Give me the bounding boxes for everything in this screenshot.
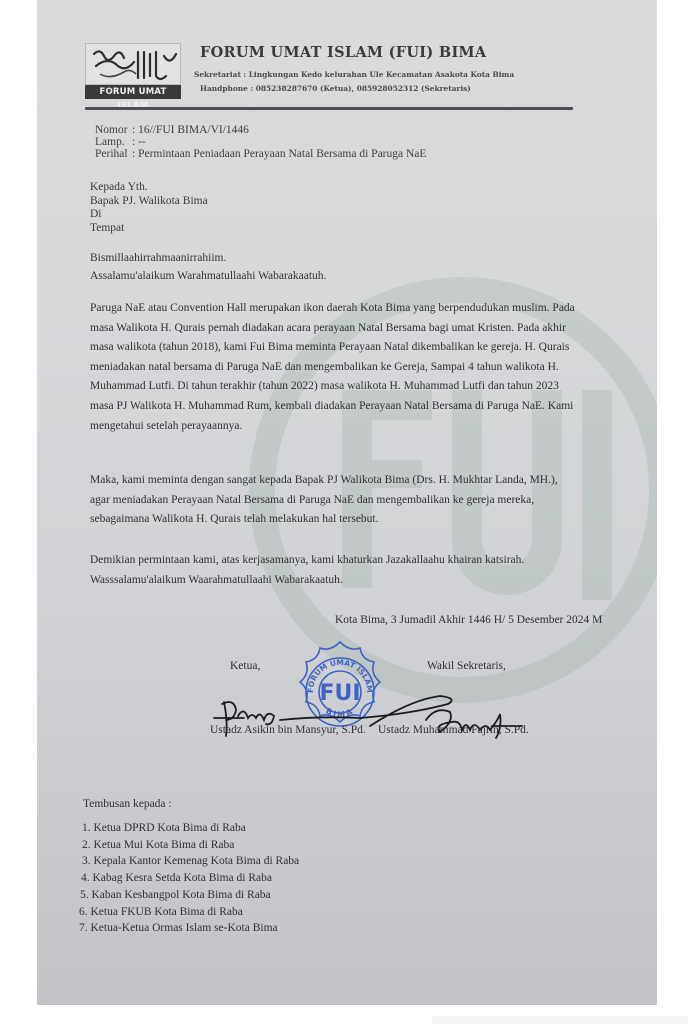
carbon-copy-item: 2. Ketua Mui Kota Bima di Raba: [82, 837, 299, 854]
carbon-copy-item: 7. Ketua-Ketua Ormas Islam se-Kota Bima: [79, 920, 299, 937]
paragraph-line: meniadakan natal bersama di Paruga NaE d…: [90, 358, 640, 378]
recipient-line: Bapak PJ. Walikota Bima: [90, 195, 208, 209]
letter-meta: Nomor: 16//FUI BIMA/VI/1446 Lamp.: -- Pe…: [95, 124, 426, 160]
secretariat-address: Sekretariat : Lingkungan Kedo kelurahan …: [194, 70, 634, 79]
paragraph-line: Maka, kami meminta dengan sangat kepada …: [90, 471, 640, 491]
recipient-line: Kepada Yth.: [90, 181, 208, 195]
calligraphy-icon: [85, 43, 181, 85]
lamp-label: Lamp.: [95, 136, 132, 148]
perihal-label: Perihal: [95, 148, 132, 160]
organization-name: FORUM UMAT ISLAM (FUI) BIMA: [200, 44, 640, 61]
recipient-line: Di: [90, 208, 208, 222]
nomor-label: Nomor: [95, 124, 132, 136]
body-paragraph-1: Paruga NaE atau Convention Hall merupaka…: [90, 299, 640, 436]
carbon-copy-title: Tembusan kepada :: [83, 798, 172, 810]
carbon-copy-list: 1. Ketua DPRD Kota Bima di Raba 2. Ketua…: [79, 820, 299, 937]
body-paragraph-3: Demikian permintaan kami, atas kerjasama…: [90, 551, 640, 590]
paragraph-line: Muhammad Lutfi. Di tahun terakhir (tahun…: [90, 377, 640, 397]
header-divider: [85, 107, 573, 110]
nomor-value: : 16//FUI BIMA/VI/1446: [132, 124, 249, 136]
opening-salam: Assalamu'alaikum Warahmatullaahi Wabarak…: [90, 270, 326, 282]
recipient-block: Kepada Yth. Bapak PJ. Walikota Bima Di T…: [90, 181, 208, 235]
role-wakil-sekretaris: Wakil Sekretaris,: [427, 660, 506, 672]
lamp-value: : --: [132, 136, 146, 148]
recipient-line: Tempat: [90, 222, 208, 236]
signatory-wakil-name: Ustadz Muhammad Fajrin, S.Pd.: [378, 724, 529, 736]
organization-logo: FORUM UMAT ISLAM: [85, 43, 181, 99]
paragraph-line: mengetahui setelah perayaannya.: [90, 417, 640, 437]
paragraph-line: Paruga NaE atau Convention Hall merupaka…: [90, 299, 640, 319]
paragraph-line: masa PJ Walikota H. Muhammad Rum, kembal…: [90, 397, 640, 417]
carbon-copy-item: 4. Kabag Kesra Setda Kota Bima di Raba: [81, 870, 299, 887]
carbon-copy-item: 3. Kepala Kantor Kemenag Kota Bima di Ra…: [82, 853, 299, 870]
body-paragraph-2: Maka, kami meminta dengan sangat kepada …: [90, 471, 640, 530]
background-strip: [432, 1016, 688, 1024]
paragraph-line: masa walikota (tahun 2018), kami Fui Bim…: [90, 338, 640, 358]
carbon-copy-item: 1. Ketua DPRD Kota Bima di Raba: [82, 820, 299, 837]
basmalah: Bismillaahirrahmaanirrahiim.: [90, 252, 226, 264]
paragraph-line: sebagaimana Walikota H. Qurais telah mel…: [90, 510, 640, 530]
carbon-copy-item: 5. Kaban Kesbangpol Kota Bima di Raba: [80, 887, 299, 904]
signatory-ketua-name: Ustadz Asikin bin Mansyur, S.Pd.: [210, 724, 366, 736]
paragraph-line: Wasssalamu'alaikum Waarahmatullaahi Waba…: [90, 571, 640, 591]
carbon-copy-item: 6. Ketua FKUB Kota Bima di Raba: [79, 904, 299, 921]
place-and-date: Kota Bima, 3 Jumadil Akhir 1446 H/ 5 Des…: [335, 614, 602, 626]
perihal-value: : Permintaan Peniadaan Perayaan Natal Be…: [132, 148, 426, 160]
letter-page: FORUM UMAT ISLAM FORUM UMAT ISLAM (FUI) …: [37, 0, 657, 1005]
logo-band-text: FORUM UMAT ISLAM: [85, 85, 181, 99]
role-ketua: Ketua,: [230, 660, 260, 672]
paragraph-line: Demikian permintaan kami, atas kerjasama…: [90, 551, 640, 571]
paragraph-line: masa Walikota H. Qurais pernah diadakan …: [90, 319, 640, 339]
phone-numbers: Handphone : 085238287670 (Ketua), 085928…: [200, 84, 640, 93]
paragraph-line: agar meniadakan Perayaan Natal Bersama d…: [90, 491, 640, 511]
